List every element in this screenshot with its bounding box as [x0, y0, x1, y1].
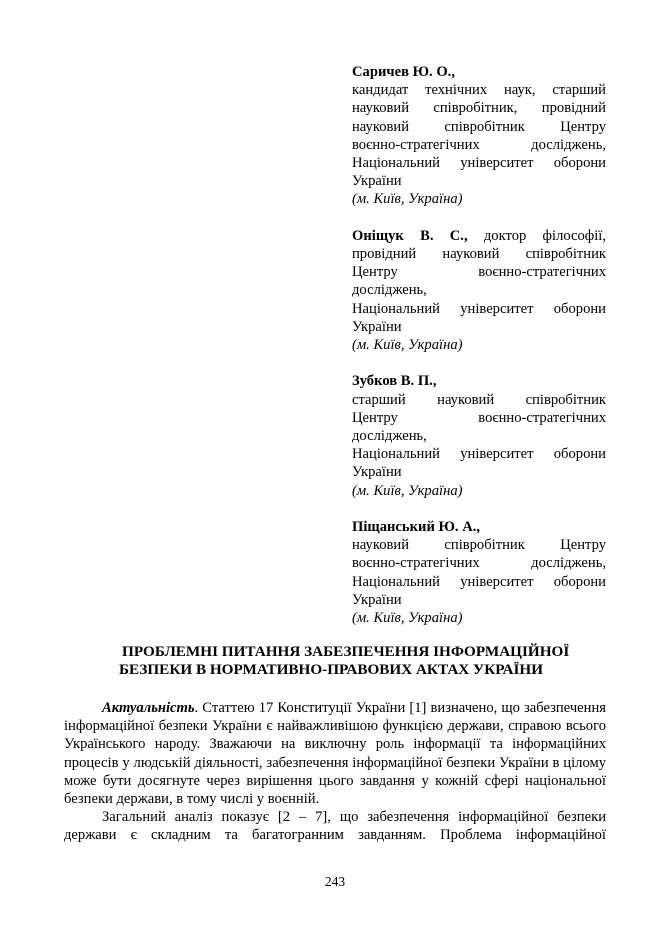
author-name: Оніщук В. С., [352, 228, 468, 244]
author-block: Піщанський Ю. А., науковий співробітник … [352, 518, 606, 627]
page-number: 243 [0, 874, 670, 890]
affiliation-line: України [352, 591, 606, 609]
author-list: Саричев Ю. О., кандидат технічних наук, … [352, 63, 606, 645]
affiliation-line: Центру воєнно-стратегічних [352, 409, 606, 427]
title-line: ПРОБЛЕМНІ ПИТАННЯ ЗАБЕЗПЕЧЕННЯ ІНФОРМАЦІ… [64, 643, 606, 661]
affiliation-line: старший науковий співробітник [352, 391, 606, 409]
affiliation-line: України [352, 463, 606, 481]
author-name: Зубков В. П., [352, 373, 436, 389]
affiliation-line: України [352, 318, 606, 336]
affiliation-line: досліджень, [352, 281, 606, 299]
affiliation-line: воєнно-стратегічних досліджень, [352, 554, 606, 572]
affiliation-line: науковий співробітник Центру [352, 536, 606, 554]
author-name-line: Зубков В. П., [352, 372, 606, 390]
affiliation-line: Центру воєнно-стратегічних [352, 263, 606, 281]
author-name-line: Піщанський Ю. А., [352, 518, 606, 536]
author-block: Зубков В. П., старший науковий співробіт… [352, 372, 606, 499]
affiliation-line: кандидат технічних наук, старший [352, 81, 606, 99]
paragraph-lead: Актуальність [102, 700, 195, 716]
author-block: Оніщук В. С., доктор філософії, провідни… [352, 227, 606, 354]
title-line: БЕЗПЕКИ В НОРМАТИВНО-ПРАВОВИХ АКТАХ УКРА… [64, 661, 606, 679]
author-name-line: Саричев Ю. О., [352, 63, 606, 81]
author-block: Саричев Ю. О., кандидат технічних наук, … [352, 63, 606, 209]
affiliation-line: науковий співробітник Центру [352, 118, 606, 136]
author-name: Саричев Ю. О., [352, 64, 455, 80]
author-location: (м. Київ, Україна) [352, 482, 606, 500]
affiliation-line: досліджень, [352, 427, 606, 445]
author-location: (м. Київ, Україна) [352, 336, 606, 354]
paragraph: Загальний аналіз показує [2 – 7], що заб… [64, 808, 606, 844]
affiliation-line: науковий співробітник, провідний [352, 99, 606, 117]
affiliation-line: воєнно-стратегічних досліджень, [352, 136, 606, 154]
author-location: (м. Київ, Україна) [352, 190, 606, 208]
article-body: Актуальність. Статтею 17 Конституції Укр… [64, 699, 606, 845]
affiliation-line: України [352, 172, 606, 190]
affiliation-line: Національний університет оборони [352, 300, 606, 318]
author-location: (м. Київ, Україна) [352, 609, 606, 627]
affiliation-line: Національний університет оборони [352, 573, 606, 591]
paragraph: Актуальність. Статтею 17 Конституції Укр… [64, 699, 606, 808]
affiliation-line: провідний науковий співробітник [352, 245, 606, 263]
author-name-line: Оніщук В. С., доктор філософії, [352, 227, 606, 245]
affiliation-line: Національний університет оборони [352, 154, 606, 172]
article-title: ПРОБЛЕМНІ ПИТАННЯ ЗАБЕЗПЕЧЕННЯ ІНФОРМАЦІ… [64, 643, 606, 679]
author-name: Піщанський Ю. А., [352, 519, 480, 535]
affiliation-line: Національний університет оборони [352, 445, 606, 463]
